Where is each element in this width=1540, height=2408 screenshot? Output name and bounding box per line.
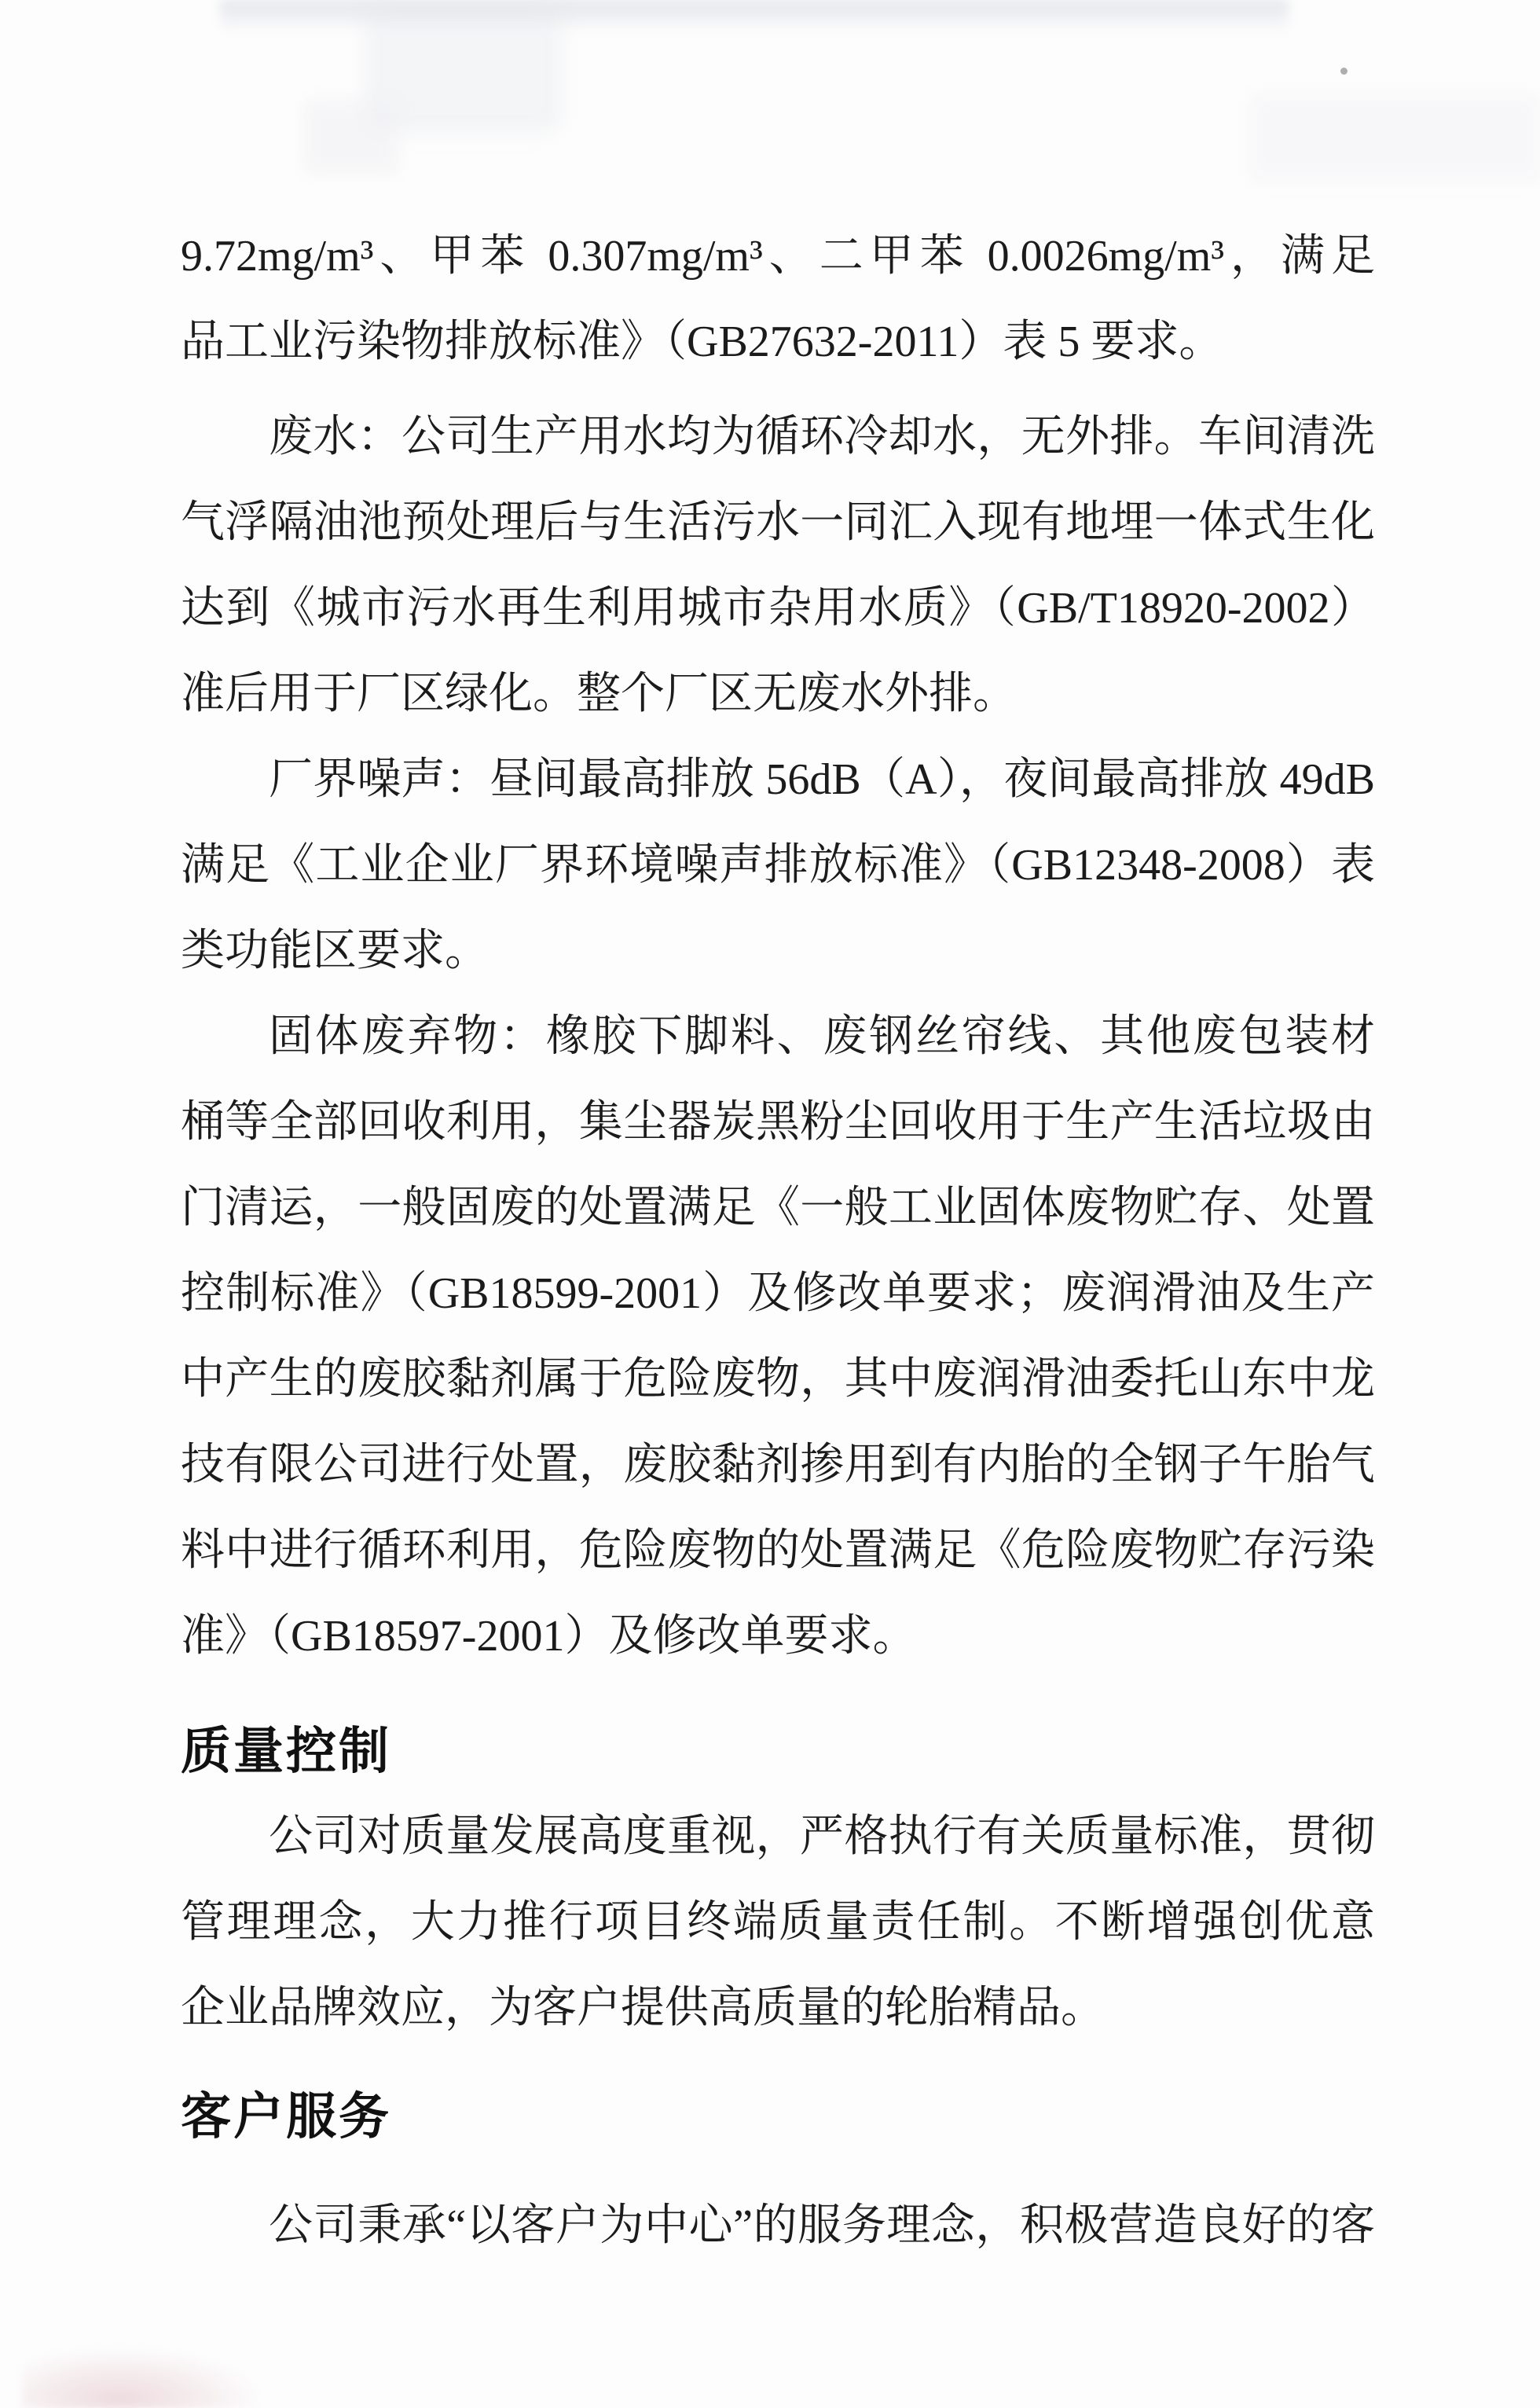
scan-smudge-right bbox=[1251, 94, 1540, 181]
scan-speck bbox=[1340, 68, 1347, 75]
paragraph-customer-service: 公司秉承“以客户为中心”的服务理念，积极营造良好的客户关 bbox=[181, 2183, 1375, 2269]
text-line: 准》（GB18597-2001）及修改单要求。 bbox=[181, 1594, 1375, 1679]
paragraph-boundary-noise: 厂界噪声：昼间最高排放 56dB（A），夜间最高排放 49dB（A）， 满足《工… bbox=[181, 737, 1375, 994]
text-line: 厂界噪声：昼间最高排放 56dB（A），夜间最高排放 49dB（A）， bbox=[181, 737, 1375, 823]
text-line: 满足《工业企业厂界环境噪声排放标准》（GB12348-2008）表 1 中 2 bbox=[181, 823, 1375, 909]
text-line: 控制标准》（GB18599-2001）及修改单要求；废润滑油及生产过程 bbox=[181, 1251, 1375, 1337]
section-heading-quality-control: 质量控制 bbox=[181, 1708, 1375, 1794]
text-line: 中产生的废胶黏剂属于危险废物，其中废润滑油委托山东中龙环境科 bbox=[181, 1337, 1375, 1422]
paragraph-exhaust-emissions: 9.72mg/m³、甲苯 0.307mg/m³、二甲苯 0.0026mg/m³，… bbox=[181, 214, 1375, 385]
text-line: 品工业污染物排放标准》（GB27632-2011）表 5 要求。 bbox=[181, 299, 1375, 385]
text-line: 桶等全部回收利用，集尘器炭黑粉尘回收用于生产生活垃圾由环卫部 bbox=[181, 1080, 1375, 1165]
text-line: 类功能区要求。 bbox=[181, 909, 1375, 994]
text-line: 9.72mg/m³、甲苯 0.307mg/m³、二甲苯 0.0026mg/m³，… bbox=[181, 214, 1375, 299]
section-heading-customer-service: 客户服务 bbox=[181, 2073, 1375, 2160]
text-line: 料中进行循环利用，危险废物的处置满足《危险废物贮存污染控制标 bbox=[181, 1508, 1375, 1594]
document-body-text: 9.72mg/m³、甲苯 0.307mg/m³、二甲苯 0.0026mg/m³，… bbox=[181, 214, 1375, 2269]
text-line: 气浮隔油池预处理后与生活污水一同汇入现有地埋一体式生化处理， bbox=[181, 480, 1375, 566]
text-line: 准后用于厂区绿化。整个厂区无废水外排。 bbox=[181, 652, 1375, 737]
scan-smudge-top bbox=[220, 0, 1289, 33]
text-line: 公司对质量发展高度重视，严格执行有关质量标准，贯彻精细化 bbox=[181, 1794, 1375, 1880]
text-line: 管理理念，大力推行项目终端质量责任制。不断增强创优意识，实现 bbox=[181, 1880, 1375, 1966]
text-line: 企业品牌效应，为客户提供高质量的轮胎精品。 bbox=[181, 1966, 1375, 2051]
text-line: 固体废弃物：橡胶下脚料、废钢丝帘线、其他废包装材料、废油 bbox=[181, 994, 1375, 1080]
text-line: 废水：公司生产用水均为循环冷却水，无外排。车间清洗废水经 bbox=[181, 395, 1375, 480]
scanned-document-page: 9.72mg/m³、甲苯 0.307mg/m³、二甲苯 0.0026mg/m³，… bbox=[0, 0, 1540, 2408]
paragraph-quality-control: 公司对质量发展高度重视，严格执行有关质量标准，贯彻精细化 管理理念，大力推行项目… bbox=[181, 1794, 1375, 2051]
paragraph-wastewater: 废水：公司生产用水均为循环冷却水，无外排。车间清洗废水经 气浮隔油池预处理后与生… bbox=[181, 395, 1375, 737]
text-line: 门清运，一般固废的处置满足《一般工业固体废物贮存、处置场污染 bbox=[181, 1165, 1375, 1251]
paragraph-solid-waste: 固体废弃物：橡胶下脚料、废钢丝帘线、其他废包装材料、废油 桶等全部回收利用，集尘… bbox=[181, 994, 1375, 1679]
scan-smudge-top-block bbox=[365, 3, 562, 133]
text-line: 技有限公司进行处置，废胶黏剂掺用到有内胎的全钢子午胎气密层胶 bbox=[181, 1422, 1375, 1508]
text-line: 达到《城市污水再生利用城市杂用水质》（GB/T18920-2002）表 1 标 bbox=[181, 566, 1375, 652]
scan-smudge-faint bbox=[305, 101, 398, 173]
scan-smudge-bottom-left bbox=[22, 2346, 266, 2408]
text-line: 公司秉承“以客户为中心”的服务理念，积极营造良好的客户关 bbox=[181, 2183, 1375, 2269]
